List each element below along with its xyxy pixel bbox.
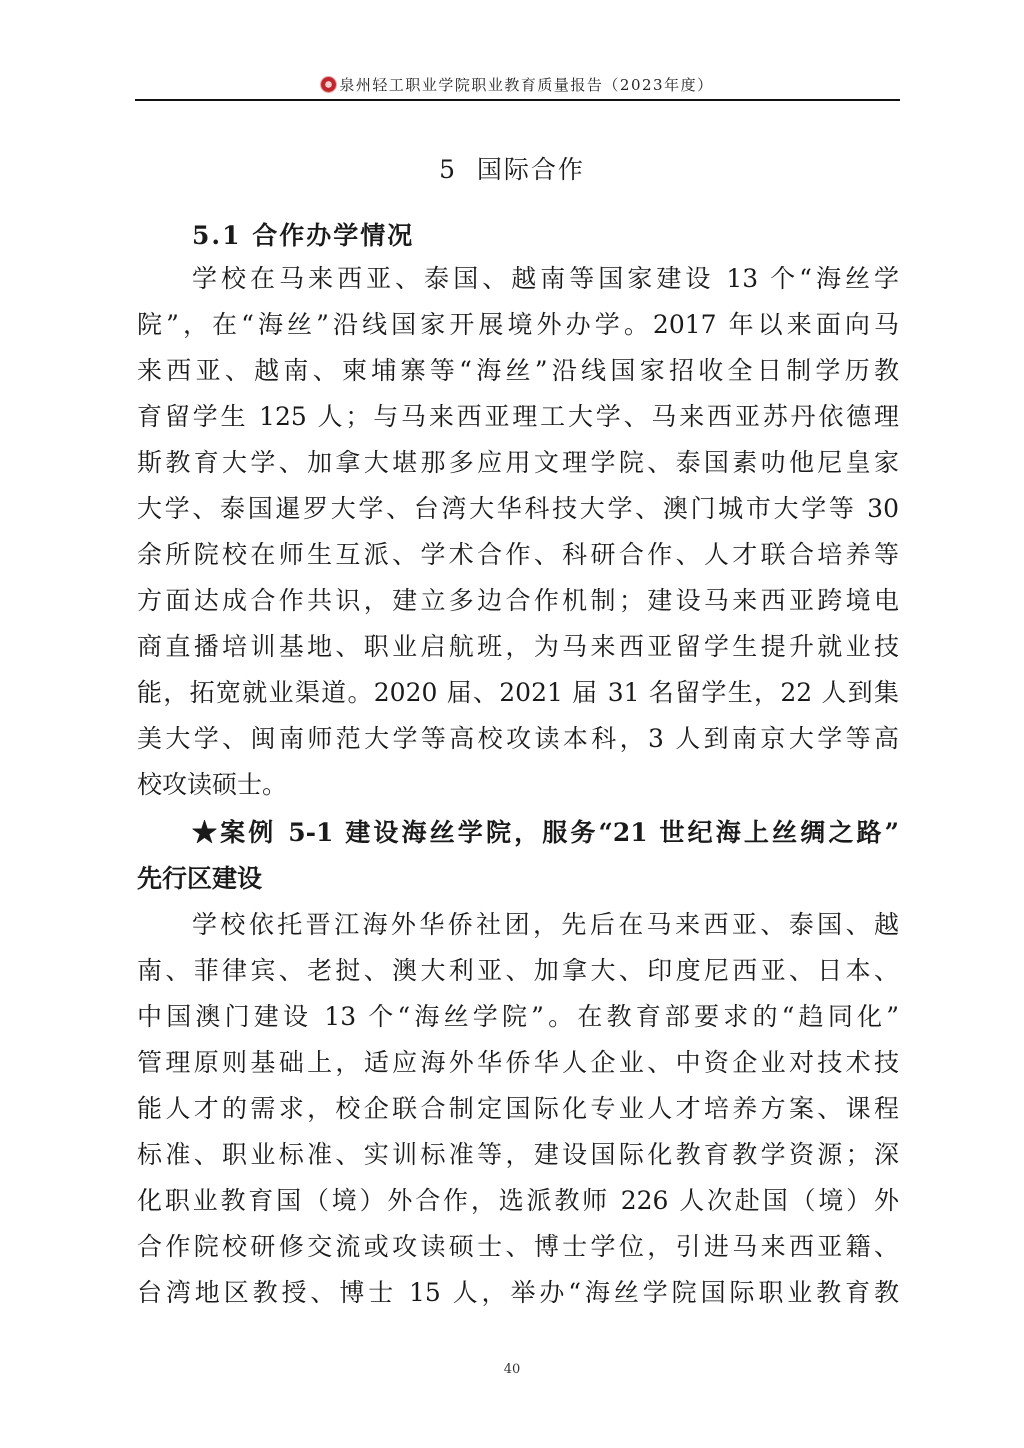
- paragraph-2-line: 能人才的需求，校企联合制定国际化专业人才培养方案、课程: [137, 1094, 899, 1124]
- paragraph-2-line: 标准、职业标准、实训标准等，建设国际化教育教学资源；深: [137, 1140, 899, 1170]
- paragraph-1-line: 美大学、闽南师范大学等高校攻读本科，3 人到南京大学等高: [137, 724, 899, 754]
- paragraph-1-line: 商直播培训基地、职业启航班，为马来西亚留学生提升就业技: [137, 632, 899, 662]
- paragraph-2-line: 学校依托晋江海外华侨社团，先后在马来西亚、泰国、越: [192, 910, 899, 940]
- paragraph-1-line: 院”，在“海丝”沿线国家开展境外办学。2017 年以来面向马: [137, 310, 899, 340]
- header-title: 泉州轻工职业学院职业教育质量报告（2023年度）: [339, 76, 713, 94]
- paragraph-2-line: 管理原则基础上，适应海外华侨华人企业、中资企业对技术技: [137, 1048, 899, 1078]
- paragraph-1-line: 育留学生 125 人；与马来西亚理工大学、马来西亚苏丹依德理: [137, 402, 899, 432]
- paragraph-1-line: 斯教育大学、加拿大堪那多应用文理学院、泰国素叻他尼皇家: [137, 448, 899, 478]
- paragraph-2-line: 中国澳门建设 13 个“海丝学院”。在教育部要求的“趋同化”: [137, 1002, 899, 1032]
- case-title-line: 先行区建设: [137, 864, 899, 894]
- paragraph-2-line: 台湾地区教授、博士 15 人，举办“海丝学院国际职业教育教: [137, 1278, 899, 1308]
- header-divider: [135, 99, 900, 101]
- paragraph-1-line: 余所院校在师生互派、学术合作、科研合作、人才联合培养等: [137, 540, 899, 570]
- school-emblem-icon: [321, 77, 336, 92]
- chapter-title: 5 国际合作: [0, 150, 1024, 186]
- paragraph-1-line: 学校在马来西亚、泰国、越南等国家建设 13 个“海丝学: [192, 264, 899, 294]
- page-number: 40: [0, 1362, 1024, 1377]
- case-title-line: ★案例 5-1 建设海丝学院，服务“21 世纪海上丝绸之路”: [192, 818, 899, 848]
- paragraph-1-line: 能，拓宽就业渠道。2020 届、2021 届 31 名留学生，22 人到集: [137, 678, 899, 708]
- paragraph-2-line: 化职业教育国（境）外合作，选派教师 226 人次赴国（境）外: [137, 1186, 899, 1216]
- section-title: 5.1 合作办学情况: [192, 216, 414, 252]
- paragraph-1-line: 大学、泰国暹罗大学、台湾大华科技大学、澳门城市大学等 30: [137, 494, 899, 524]
- paragraph-1-line: 方面达成合作共识，建立多边合作机制；建设马来西亚跨境电: [137, 586, 899, 616]
- paragraph-2-line: 南、菲律宾、老挝、澳大利亚、加拿大、印度尼西亚、日本、: [137, 956, 899, 986]
- paragraph-1-line: 校攻读硕士。: [137, 770, 899, 800]
- paragraph-1-line: 来西亚、越南、柬埔寨等“海丝”沿线国家招收全日制学历教: [137, 356, 899, 386]
- paragraph-2-line: 合作院校研修交流或攻读硕士、博士学位，引进马来西亚籍、: [137, 1232, 899, 1262]
- page-header: 泉州轻工职业学院职业教育质量报告（2023年度）: [135, 74, 900, 100]
